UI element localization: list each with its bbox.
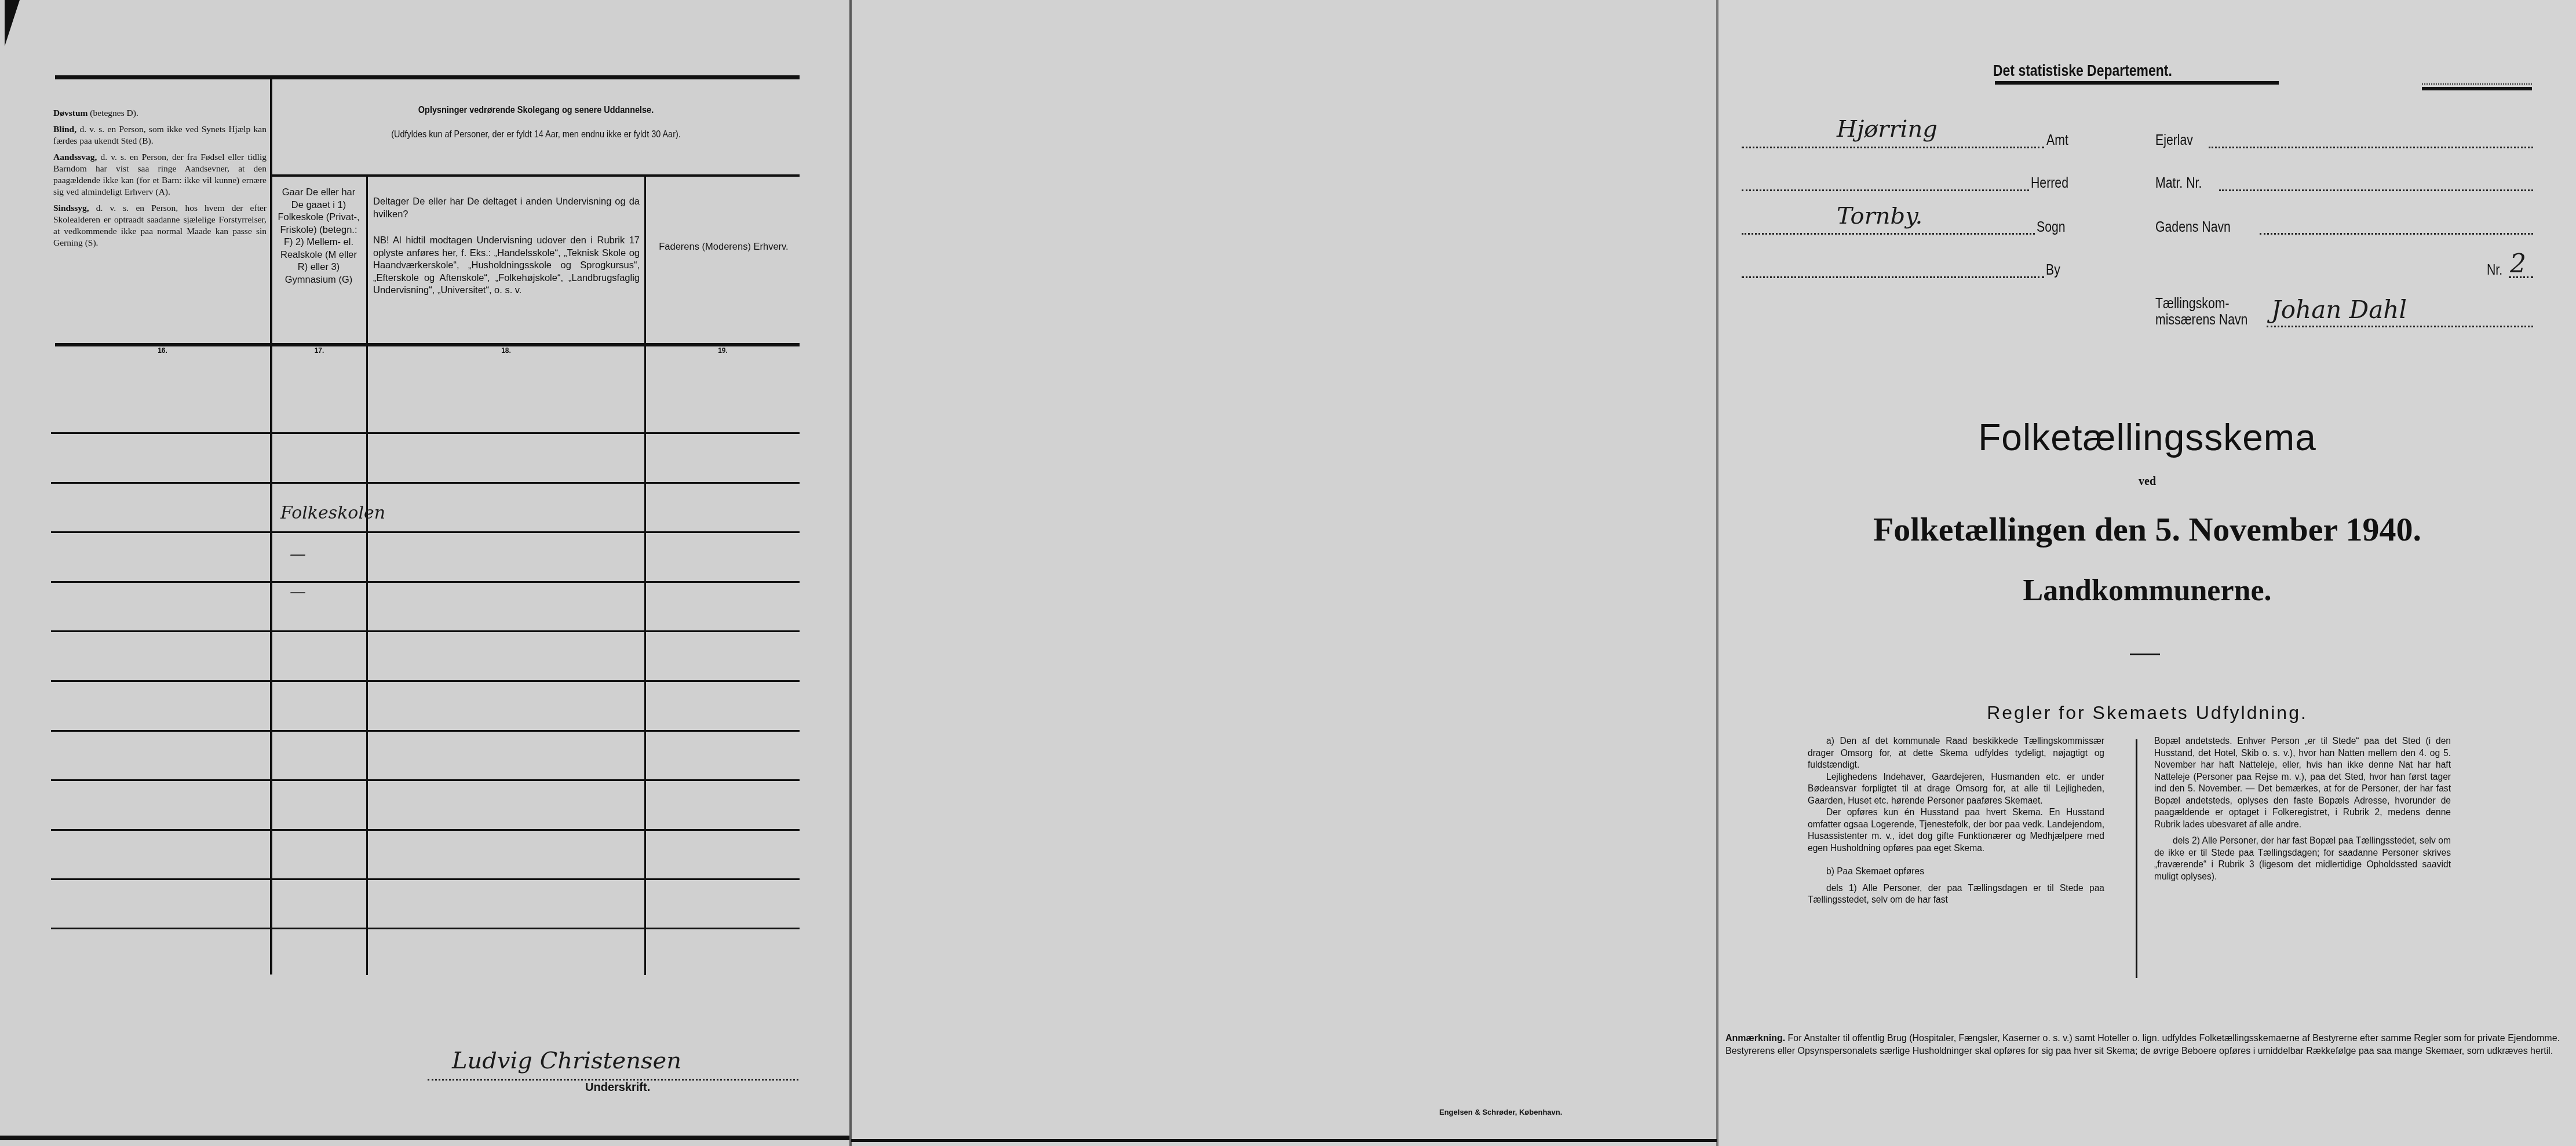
row-rule: [51, 432, 800, 434]
signature-line: [428, 1079, 798, 1081]
sogn-line: [1742, 233, 2035, 235]
nr-value[interactable]: 2: [2510, 249, 2526, 279]
legend-item: Sindssyg, d. v. s. en Person, hos hvem d…: [53, 203, 267, 249]
gadens-navn-label: Gadens Navn: [2155, 219, 2231, 236]
column-18-question: Deltager De eller har De deltaget i ande…: [373, 196, 640, 221]
row-rule: [51, 630, 800, 632]
row-rule: [51, 928, 800, 929]
row-rule: [51, 730, 800, 732]
column-number-17: 17.: [272, 346, 366, 355]
ejerlav-label: Ejerlav: [2155, 132, 2193, 149]
rules-column-right: Bopæl andetsteds. Enhver Person „er til …: [2154, 736, 2451, 883]
municipality-type-title: Landkommunerne.: [1718, 574, 2576, 608]
column-divider-17-18: [366, 176, 368, 975]
department-underline: [1995, 81, 2279, 85]
by-label: By: [2046, 262, 2060, 279]
corner-rule: [2422, 87, 2532, 90]
rule-paragraph: b) Paa Skemaet opføres: [1808, 866, 2104, 878]
by-line: [1742, 276, 2044, 278]
middle-bottom-edge: [851, 1139, 1717, 1142]
herred-label: Herred: [2031, 175, 2068, 192]
legend-item: Blind, d. v. s. en Person, som ikke ved …: [53, 124, 267, 147]
column-divider-18-19: [644, 176, 646, 975]
rules-title: Regler for Skemaets Udfyldning.: [1718, 702, 2576, 724]
amt-value[interactable]: Hjørring: [1837, 116, 1938, 143]
row-rule: [51, 531, 800, 533]
herred-line: [1742, 189, 2029, 191]
page-fold-left: [849, 0, 852, 1146]
disability-legend: Døvstum (betegnes D). Blind, d. v. s. en…: [53, 108, 267, 254]
corner-dotline: [2422, 83, 2532, 85]
table-top-rule: [55, 75, 800, 79]
column-number-18: 18.: [368, 346, 644, 355]
rule-paragraph: dels 1) Alle Personer, der paa Tællingsd…: [1808, 883, 2104, 907]
signature-label: Underskrift.: [585, 1081, 650, 1094]
rules-column-left: a) Den af det kommunale Raad beskikkede …: [1808, 736, 2104, 907]
department-heading: Det statistiske Departement.: [1993, 61, 2172, 80]
column-17-header: Gaar De eller har De gaaet i 1) Folkesko…: [275, 187, 363, 286]
census-date-title: Folketællingen den 5. November 1940.: [1718, 510, 2576, 549]
column-divider-16-17: [270, 79, 272, 975]
rule-paragraph: Bopæl andetsteds. Enhver Person „er til …: [2154, 736, 2451, 831]
amt-label: Amt: [2046, 132, 2068, 149]
rule-paragraph: a) Den af det kommunale Raad beskikkede …: [1808, 736, 2104, 772]
form-title-connector: ved: [1718, 475, 2576, 488]
row-rule: [51, 680, 800, 682]
gadens-navn-line: [2260, 233, 2533, 235]
amt-line: [1742, 147, 2044, 148]
section-header-subtitle: (Udfyldes kun af Personer, der er fyldt …: [312, 129, 760, 140]
title-separator: [2130, 654, 2160, 655]
taellingskommissaer-label-2: missærens Navn: [2155, 312, 2247, 329]
annotation-note: Anmærkning. For Anstalter til offentlig …: [1725, 1032, 2560, 1058]
legend-item: Døvstum (betegnes D).: [53, 108, 267, 119]
signature-value: Ludvig Christensen: [452, 1048, 681, 1074]
column-19-header: Faderens (Moderens) Erhverv.: [649, 241, 798, 254]
nr-label: Nr.: [2487, 262, 2502, 279]
ejerlav-line: [2209, 147, 2533, 148]
form-title: Folketællingsskema: [1718, 416, 2576, 459]
right-page: [1718, 0, 2576, 1146]
row-4-col-17-ditto: —: [290, 545, 306, 564]
row-rule: [51, 829, 800, 831]
legend-item: Aandssvag, d. v. s. en Person, der fra F…: [53, 152, 267, 198]
rule-paragraph: Lejlighedens Indehaver, Gaardejeren, Hus…: [1808, 772, 2104, 808]
row-rule: [51, 779, 800, 781]
taellingskommissaer-label-1: Tællingskom-: [2155, 295, 2230, 312]
row-3-col-17-entry: Folkeskolen: [280, 503, 385, 523]
middle-page: [851, 0, 1717, 1146]
column-number-16: 16.: [55, 346, 270, 355]
left-bottom-edge: [0, 1136, 849, 1140]
printer-credit: Engelsen & Schrøder, København.: [1439, 1108, 1562, 1116]
row-rule: [51, 878, 800, 880]
torn-corner: [5, 0, 20, 46]
header-subrule: [271, 174, 800, 177]
row-rule: [51, 482, 800, 484]
section-header-title: Oplysninger vedrørende Skolegang og sene…: [312, 104, 760, 116]
matr-nr-line: [2219, 189, 2533, 191]
page-fold-right: [1716, 0, 1718, 1146]
column-number-19: 19.: [646, 346, 800, 355]
taellingskommissaer-value[interactable]: Johan Dahl: [2271, 295, 2407, 324]
rule-paragraph: Der opføres kun én Husstand paa hvert Sk…: [1808, 807, 2104, 855]
taellingskommissaer-line: [2267, 326, 2533, 327]
matr-nr-label: Matr. Nr.: [2155, 175, 2202, 192]
rules-column-divider: [2136, 739, 2137, 978]
rule-paragraph: dels 2) Alle Personer, der har fast Bopæ…: [2154, 835, 2451, 883]
sogn-label: Sogn: [2037, 219, 2066, 236]
sogn-value[interactable]: Tornby.: [1837, 203, 1922, 229]
column-18-note: NB! Al hidtil modtagen Undervisning udov…: [373, 235, 640, 297]
row-5-col-17-ditto: —: [290, 582, 306, 601]
row-rule: [51, 581, 800, 583]
